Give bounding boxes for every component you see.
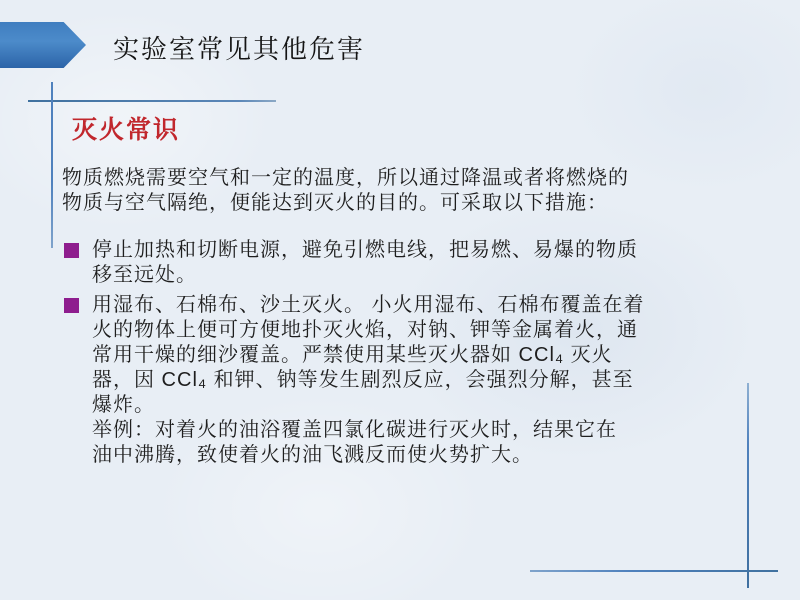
bullet-line: 移至远处。 — [92, 263, 638, 288]
bullet-list: 停止加热和切断电源，避免引燃电线，把易燃、易爆的物质 移至远处。 用湿布、石棉布… — [64, 238, 704, 473]
list-item: 用湿布、石棉布、沙土灭火。 小火用湿布、石棉布覆盖在着 火的物体上便可方便地扑灭… — [64, 293, 704, 468]
divider-line-left-vertical — [51, 82, 53, 248]
intro-line: 物质与空气隔绝，便能达到灭火的目的。可采取以下措施： — [62, 191, 629, 216]
intro-line: 物质燃烧需要空气和一定的温度，所以通过降温或者将燃烧的 — [62, 166, 629, 191]
bullet-line: 常用干燥的细沙覆盖。严禁使用某些灭火器如 CCl₄ 灭火 — [92, 343, 645, 368]
slide-title: 实验室常见其他危害 — [113, 29, 365, 66]
bullet-line: 器，因 CCl₄ 和钾、钠等发生剧烈反应，会强烈分解，甚至 — [92, 368, 645, 393]
section-heading: 灭火常识 — [72, 110, 180, 146]
intro-paragraph: 物质燃烧需要空气和一定的温度，所以通过降温或者将燃烧的 物质与空气隔绝，便能达到… — [62, 166, 629, 216]
list-item: 停止加热和切断电源，避免引燃电线，把易燃、易爆的物质 移至远处。 — [64, 238, 704, 288]
bullet-text: 停止加热和切断电源，避免引燃电线，把易燃、易爆的物质 移至远处。 — [92, 238, 638, 288]
bullet-square-icon — [64, 243, 79, 258]
divider-line-bottom-horizontal — [530, 570, 778, 572]
bullet-line: 爆炸。 — [92, 393, 645, 418]
bullet-line: 用湿布、石棉布、沙土灭火。 小火用湿布、石棉布覆盖在着 — [92, 293, 645, 318]
bullet-line: 举例：对着火的油浴覆盖四氯化碳进行灭火时，结果它在 — [92, 418, 645, 443]
presentation-slide: 实验室常见其他危害 灭火常识 物质燃烧需要空气和一定的温度，所以通过降温或者将燃… — [0, 0, 800, 600]
divider-line-top-horizontal — [28, 100, 276, 102]
bullet-line: 火的物体上便可方便地扑灭火焰，对钠、钾等金属着火，通 — [92, 318, 645, 343]
divider-line-right-vertical — [747, 383, 749, 588]
bullet-square-icon — [64, 298, 79, 313]
bullet-text: 用湿布、石棉布、沙土灭火。 小火用湿布、石棉布覆盖在着 火的物体上便可方便地扑灭… — [92, 293, 645, 468]
bullet-line: 停止加热和切断电源，避免引燃电线，把易燃、易爆的物质 — [92, 238, 638, 263]
bullet-line: 油中沸腾，致使着火的油飞溅反而使火势扩大。 — [92, 443, 645, 468]
arrow-banner-icon — [0, 22, 86, 68]
